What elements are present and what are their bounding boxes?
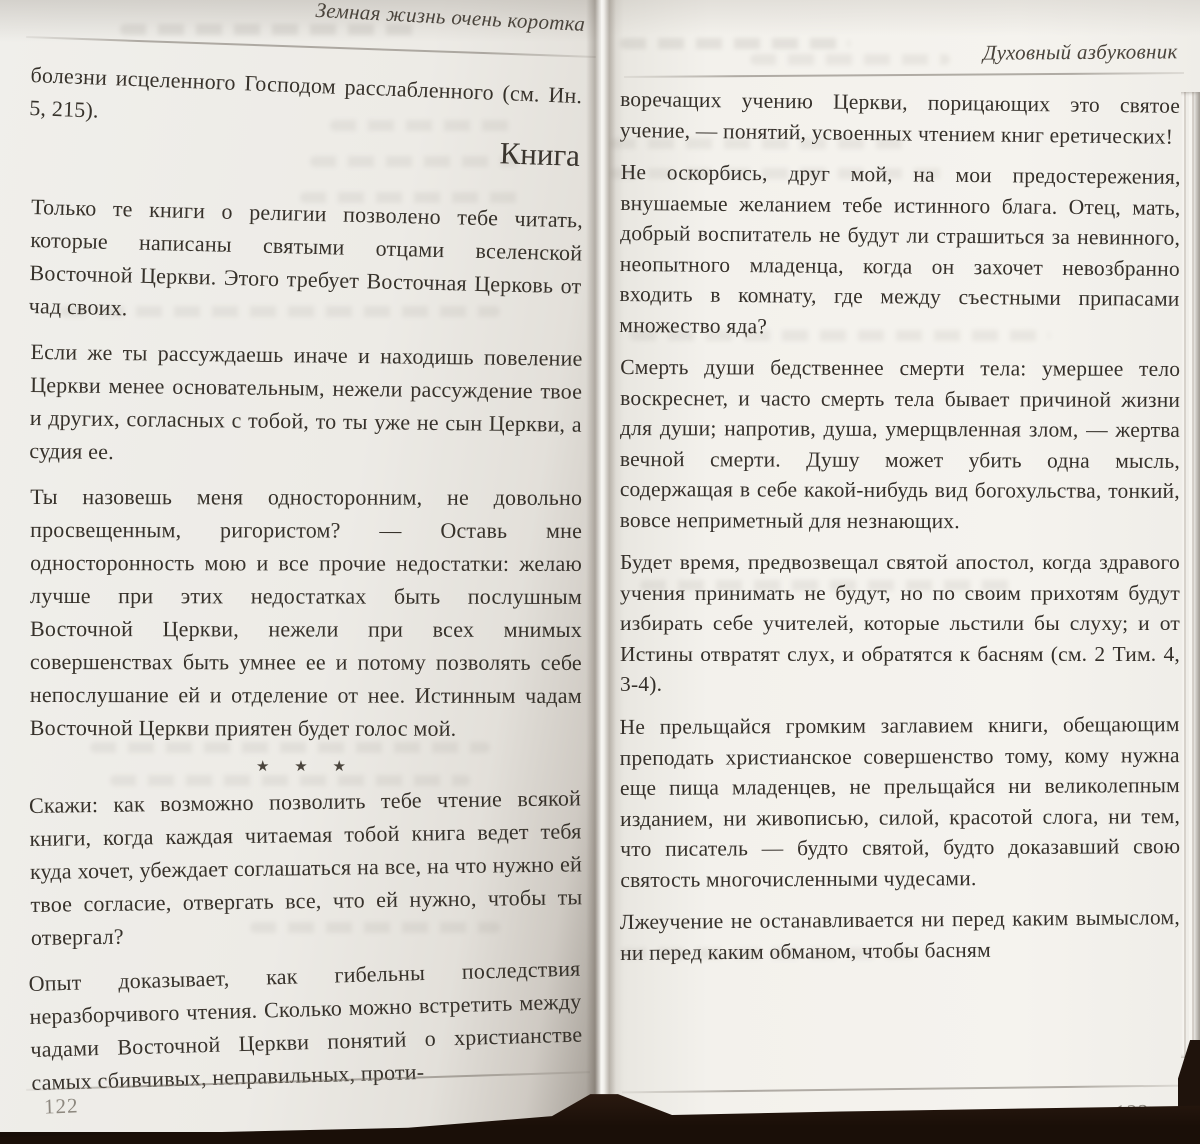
paragraph: Ты назовешь меня односторонним, не довол…: [30, 480, 582, 745]
show-through-ghost: [750, 54, 950, 65]
gutter-shadow: [586, 0, 616, 1128]
left-page: Земная жизнь очень коротка болезни исцел…: [0, 0, 600, 1132]
paragraph: Скажи: как возможно позволить тебе чтени…: [29, 781, 583, 954]
paragraph: Смерть души бедственнее смерти тела: уме…: [620, 352, 1181, 537]
show-through-ghost: [620, 38, 850, 49]
asterism-separator: ★ ★ ★: [30, 757, 582, 775]
left-page-text: болезни исцеленного Господом расслабленн…: [30, 58, 582, 1112]
paragraph: воречащих учению Церкви, порицающих это …: [620, 84, 1181, 152]
paragraph: Только те книги о религии позволено тебе…: [28, 190, 583, 335]
paragraph: Если же ты рассуждаешь иначе и находишь …: [29, 335, 583, 474]
paragraph: Опыт доказывает, как гибельны последстви…: [28, 952, 583, 1099]
header-rule-right: [624, 72, 1184, 78]
page-number-left: 122: [44, 1093, 79, 1119]
right-page-text: воречащих учению Церкви, порицающих это …: [620, 84, 1180, 980]
running-header-right: Духовный азбуковник: [983, 39, 1178, 65]
paragraph: Не прельщайся громким заглавием книги, о…: [620, 709, 1181, 895]
header-rule-left: [26, 36, 596, 58]
open-book-photo: Земная жизнь очень коротка болезни исцел…: [0, 0, 1200, 1144]
paragraph: Не оскорбись, друг мой, на мои предостер…: [619, 157, 1181, 345]
footer-rule-right: [622, 1085, 1184, 1094]
paragraph: Лжеучение не останавливается ни перед ка…: [620, 902, 1181, 968]
right-page: Духовный азбуковник воречащих учению Цер…: [600, 0, 1200, 1126]
fore-edge-pages: [1181, 92, 1200, 1058]
paragraph: Будет время, предвозвещал святой апостол…: [620, 547, 1180, 700]
